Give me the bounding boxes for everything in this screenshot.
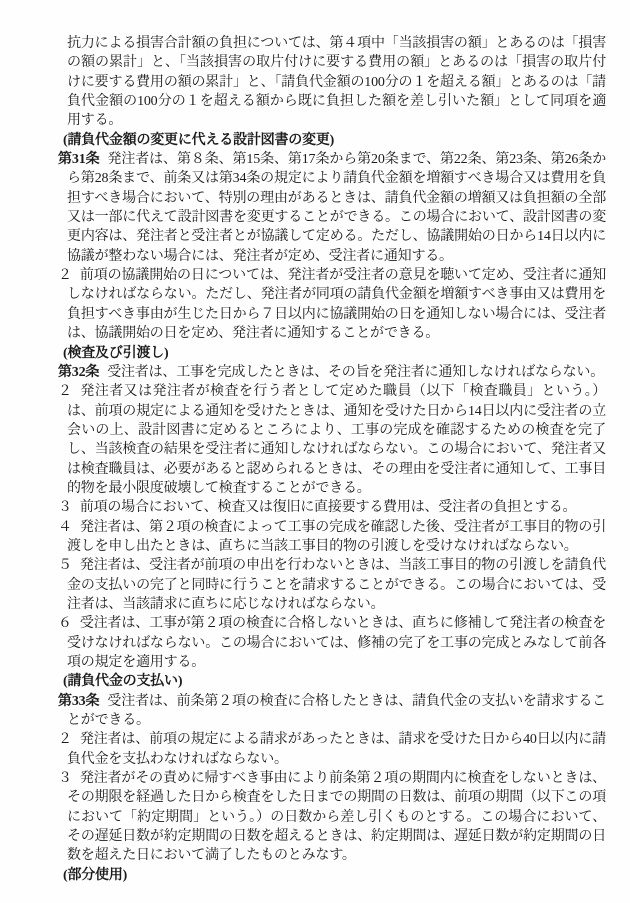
paragraph-number: ５ [58,558,72,573]
clause-text: 発注者は、受注者が前項の申出を行わないときは、当該工事目的物の引渡しを請負代金の… [67,558,606,612]
paragraph-number: ２ [58,268,72,283]
article-number: 第32条 [58,365,99,380]
clause-text: 発注者は、第２項の検査によって工事の完成を確認した後、受注者が工事目的物の引渡し… [67,520,606,554]
clause-heading: (検査及び引渡し) [58,344,606,363]
document-page: 抗力による損害合計額の負担については、第４項中「当該損害の額」とあるのは「損害の… [0,0,630,903]
article-paragraph: 第32条受注者は、工事を完成したときは、その旨を発注者に通知しなければならない。 [58,363,606,382]
numbered-paragraph: ３発注者がその責めに帰すべき事由により前条第２項の期間内に検査をしないときは、そ… [58,769,606,866]
numbered-paragraph: ５発注者は、受注者が前項の申出を行わないときは、当該工事目的物の引渡しを請負代金… [58,556,606,614]
clause-heading: (部分使用) [58,866,606,885]
clause-text: 前項の場合において、検査又は復旧に直接要する費用は、受注者の負担とする。 [80,500,577,515]
clause-text: 発注者又は発注者が検査を行う者として定めた職員（以下「検査職員」という。）は、前… [67,384,606,496]
numbered-paragraph: ４発注者は、第２項の検査によって工事の完成を確認した後、受注者が工事目的物の引渡… [58,518,606,557]
clause-text: 受注者は、工事を完成したときは、その旨を発注者に通知しなければならない。 [107,365,604,380]
clause-text: 発注者がその責めに帰すべき事由により前条第２項の期間内に検査をしないときは、その… [67,771,606,863]
paragraph-number: ６ [58,616,72,631]
numbered-paragraph: ３前項の場合において、検査又は復旧に直接要する費用は、受注者の負担とする。 [58,498,606,517]
paragraph-number: ２ [58,732,72,747]
paragraph-number: ４ [58,520,72,535]
paragraph-number: ３ [58,771,72,786]
paragraph-number: ２ [58,384,72,399]
clause-text: 発注者は、第８条、第15条、第17条から第20条まで、第22条、第23条、第26… [67,152,606,264]
clause-text: 前項の協議開始の日については、発注者が受注者の意見を聴いて定め、受注者に通知しな… [67,268,606,341]
article-number: 第31条 [58,152,99,167]
numbered-paragraph: ２発注者は、前項の規定による請求があったときは、請求を受けた日から40日以内に請… [58,730,606,769]
clause-heading: (請負代金額の変更に代える設計図書の変更) [58,131,606,150]
clause-text: 受注者は、前条第２項の検査に合格したときは、請負代金の支払いを請求することができ… [67,694,606,728]
numbered-paragraph: ２前項の協議開始の日については、発注者が受注者の意見を聴いて定め、受注者に通知し… [58,266,606,343]
clause-heading: (請負代金の支払い) [58,672,606,691]
paragraph-number: ３ [58,500,72,515]
article-paragraph: 第31条発注者は、第８条、第15条、第17条から第20条まで、第22条、第23条… [58,150,606,266]
clause-text: 発注者は、前項の規定による請求があったときは、請求を受けた日から40日以内に請負… [67,732,606,766]
continuation-paragraph: 抗力による損害合計額の負担については、第４項中「当該損害の額」とあるのは「損害の… [58,34,606,131]
article-number: 第33条 [58,694,99,709]
numbered-paragraph: ６受注者は、工事が第２項の検査に合格しないときは、直ちに修補して発注者の検査を受… [58,614,606,672]
clause-text: 受注者は、工事が第２項の検査に合格しないときは、直ちに修補して発注者の検査を受け… [67,616,606,670]
numbered-paragraph: ２発注者又は発注者が検査を行う者として定めた職員（以下「検査職員」という。）は、… [58,382,606,498]
article-paragraph: 第33条受注者は、前条第２項の検査に合格したときは、請負代金の支払いを請求するこ… [58,692,606,731]
document-body: 抗力による損害合計額の負担については、第４項中「当該損害の額」とあるのは「損害の… [58,34,606,885]
